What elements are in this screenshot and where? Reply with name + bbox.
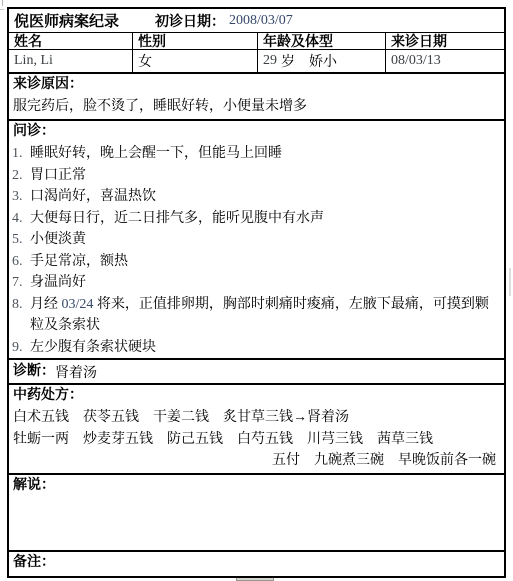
patient-visit-date: 08/03/13: [386, 50, 504, 72]
item-number: 3.: [9, 186, 30, 208]
inquiry-item-4: 4. 大便每日行，近二日排气多，能听见腹中有水声: [9, 208, 504, 230]
item-number: 1.: [9, 143, 30, 165]
visit-reason-content: 服完药后，脸不烫了，睡眠好转，小便量未增多: [9, 96, 504, 118]
prescription-line-1: 白术五钱 茯苓五钱 干姜二钱 炙甘草三钱→肾着汤: [9, 407, 504, 429]
item-text: 大便每日行，近二日排气多，能听见腹中有水声: [30, 208, 504, 230]
item-text: 手足常凉，额热: [30, 251, 504, 273]
inquiry-section: 问诊： 1. 睡眠好转，晚上会醒一下，但能马上回睡 2. 胃口正常 3. 口渴尚…: [9, 121, 504, 360]
item-number: 8.: [9, 294, 30, 337]
case-record-table: 倪医师病案纪录 初诊日期： 2008/03/07 姓名 性别 年龄及体型 来诊日…: [7, 7, 506, 578]
col-header-age-body: 年龄及体型: [258, 33, 386, 49]
patient-age-unit: 岁: [281, 51, 295, 71]
patient-gender: 女: [133, 50, 258, 72]
patient-name: Lin, Li: [9, 50, 133, 72]
prescription-line-2: 牡蛎一两 炒麦芽五钱 防己五钱 白芍五钱 川芎三钱 茜草三钱: [9, 429, 504, 451]
col-header-visit-date: 来诊日期: [386, 33, 504, 49]
item-text: 小便淡黄: [30, 229, 504, 251]
item-text-prefix: 月经: [30, 297, 62, 312]
diagnosis-content: 肾着汤: [55, 362, 97, 382]
first-visit-date-label: 初诊日期：: [155, 11, 225, 31]
patient-header-row: 姓名 性别 年龄及体型 来诊日期: [9, 33, 504, 50]
item-number: 7.: [9, 272, 30, 294]
explanation-label: 解说：: [9, 475, 504, 497]
inquiry-item-3: 3. 口渴尚好，喜温热饮: [9, 186, 504, 208]
item-number: 6.: [9, 251, 30, 273]
inquiry-label: 问诊：: [9, 121, 504, 143]
explanation-section: 解说：: [9, 475, 504, 552]
prescription-label: 中药处方：: [9, 385, 504, 407]
col-header-gender: 性别: [133, 33, 258, 49]
first-visit-date-value: 2008/03/07: [229, 13, 293, 29]
remarks-section: 备注：: [9, 552, 504, 576]
item-text: 口渴尚好，喜温热饮: [30, 186, 504, 208]
item-number: 2.: [9, 165, 30, 187]
inquiry-item-1: 1. 睡眠好转，晚上会醒一下，但能马上回睡: [9, 143, 504, 165]
prescription-dosage-line: 五付 九碗煮三碗 早晚饭前各一碗: [9, 450, 504, 472]
item-text: 身温尚好: [30, 272, 504, 294]
diagnosis-section: 诊断： 肾着汤: [9, 360, 504, 385]
inquiry-item-8: 8. 月经 03/24 将来，正值排卵期，胸部时刺痛时痠痛，左腋下最痛，可摸到颗…: [9, 294, 504, 337]
col-header-name: 姓名: [9, 33, 133, 49]
inquiry-item-7: 7. 身温尚好: [9, 272, 504, 294]
menstrual-date: 03/24: [62, 297, 94, 312]
item-text: 左少腹有条索状硬块: [30, 337, 504, 359]
item-number: 5.: [9, 229, 30, 251]
page-fragment-corner-v: [2, 0, 3, 6]
record-title: 倪医师病案纪录: [14, 10, 119, 31]
item-text: 睡眠好转，晚上会醒一下，但能马上回睡: [30, 143, 504, 165]
patient-age-number: 29: [263, 53, 277, 69]
inquiry-item-5: 5. 小便淡黄: [9, 229, 504, 251]
inquiry-item-2: 2. 胃口正常: [9, 165, 504, 187]
item-text: 月经 03/24 将来，正值排卵期，胸部时刺痛时痠痛，左腋下最痛，可摸到颗粒及条…: [30, 294, 504, 337]
inquiry-item-6: 6. 手足常凉，额热: [9, 251, 504, 273]
patient-body-type: 娇小: [309, 51, 337, 71]
page-fragment-right-edge: [509, 268, 511, 296]
visit-reason-section: 来诊原因： 服完药后，脸不烫了，睡眠好转，小便量未增多: [9, 74, 504, 121]
inquiry-item-9: 9. 左少腹有条索状硬块: [9, 337, 504, 359]
item-text: 胃口正常: [30, 165, 504, 187]
page-fragment-corner-h: [0, 9, 4, 10]
item-number: 4.: [9, 208, 30, 230]
visit-reason-label: 来诊原因：: [9, 74, 504, 96]
remarks-label: 备注：: [9, 552, 504, 574]
item-number: 9.: [9, 337, 30, 359]
medical-record-page: 倪医师病案纪录 初诊日期： 2008/03/07 姓名 性别 年龄及体型 来诊日…: [0, 0, 513, 581]
diagnosis-label: 诊断：: [9, 359, 55, 384]
item-text-suffix: 将来，正值排卵期，胸部时刺痛时痠痛，左腋下最痛，可摸到颗粒及条索状: [30, 297, 489, 334]
prescription-section: 中药处方： 白术五钱 茯苓五钱 干姜二钱 炙甘草三钱→肾着汤 牡蛎一两 炒麦芽五…: [9, 385, 504, 475]
record-title-row: 倪医师病案纪录 初诊日期： 2008/03/07: [9, 9, 504, 33]
patient-age-body: 29 岁 娇小: [258, 50, 386, 72]
patient-values-row: Lin, Li 女 29 岁 娇小 08/03/13: [9, 50, 504, 74]
